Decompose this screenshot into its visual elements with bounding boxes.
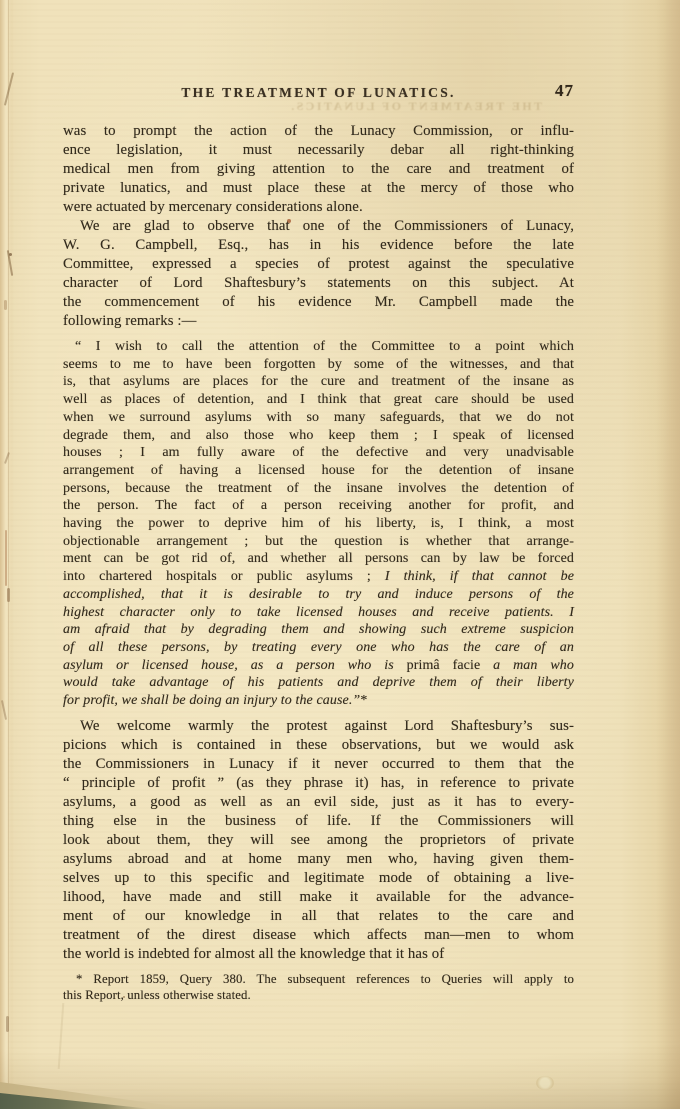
text-line: the world is indebted for almost all the…	[63, 945, 574, 964]
edge-tear	[5, 530, 7, 586]
text-line: accomplished, that it is desirable to tr…	[63, 586, 574, 604]
text-line: following remarks :—	[63, 312, 574, 331]
text-line: We welcome warmly the protest against Lo…	[63, 717, 574, 736]
text-segment: *	[360, 693, 367, 708]
text-line: ence legislation, it must necessarily de…	[63, 141, 574, 160]
page-title: THE TREATMENT OF LUNATICS.	[63, 85, 574, 101]
text-segment: were actuated by mercenary consideration…	[63, 199, 363, 215]
text-segment: We welcome warmly the protest against Lo…	[80, 718, 574, 734]
text-line: am afraid that by degrading them and sho…	[63, 621, 574, 639]
text-segment: houses ; I am fully aware of the defecti…	[63, 445, 574, 460]
text-line: picions which is contained in these obse…	[63, 736, 574, 755]
text-line: thing else in the business of life. If t…	[63, 812, 574, 831]
text-line: private lunatics, and must place these a…	[63, 179, 574, 198]
text-line: would take advantage of his patients and…	[63, 674, 574, 692]
text-line: selves up to this specific and legitimat…	[63, 869, 574, 888]
text-segment: medical men from giving attention to the…	[63, 161, 574, 177]
italic-text-segment: of all these persons, by treating every …	[63, 640, 574, 655]
text-line: look about them, they will see among the…	[63, 831, 574, 850]
text-line: seems to me to have been forgotten by so…	[63, 356, 574, 374]
text-segment: Committee, expressed a species of protes…	[63, 256, 574, 272]
text-line: persons, because the treatment of the in…	[63, 480, 574, 498]
italic-text-segment: accomplished, that it is desirable to tr…	[63, 587, 574, 602]
footnote: * Report 1859, Query 380. The subsequent…	[63, 971, 574, 1004]
text-line: the person. The fact of a person receivi…	[63, 497, 574, 515]
italic-text-segment: for profit, we shall be doing an injury …	[63, 693, 360, 708]
text-segment: the commencement of his evidence Mr. Cam…	[63, 294, 574, 310]
text-segment: the world is indebted for almost all the…	[63, 946, 444, 962]
text-segment: * Report 1859, Query 380. The subsequent…	[76, 972, 574, 986]
text-segment: picions which is contained in these obse…	[63, 737, 574, 753]
book-page: THE TREATMENT OF LUNATICS. THE TREATMENT…	[0, 0, 680, 1109]
text-line: into chartered hospitals or public asylu…	[63, 568, 574, 586]
text-line: the Commissioners in Lunacy if it never …	[63, 755, 574, 774]
text-segment: objectionable arrangement ; but the ques…	[63, 534, 574, 549]
edge-tear	[7, 588, 10, 602]
text-line: asylums, a good as well as an evil side,…	[63, 793, 574, 812]
text-segment: ence legislation, it must necessarily de…	[63, 142, 574, 158]
running-header: THE TREATMENT OF LUNATICS. 47	[63, 85, 574, 107]
text-segment: degrade them, and also those who keep th…	[63, 428, 574, 443]
text-segment: We are glad to observe that one of the C…	[80, 218, 574, 234]
text-line: this Report, unless otherwise stated.	[63, 987, 574, 1004]
page-crease	[58, 1003, 65, 1069]
text-line: highest character only to take licensed …	[63, 604, 574, 622]
page-number: 47	[555, 81, 574, 101]
text-segment: “ principle of profit ” (as they phrase …	[63, 775, 574, 791]
text-segment: having the power to deprive him of his l…	[63, 516, 574, 531]
text-segment: well as places of detention, and I think…	[63, 392, 574, 407]
paper-speck	[9, 253, 12, 256]
text-segment: was to prompt the action of the Lunacy C…	[63, 123, 574, 139]
text-segment: the person. The fact of a person receivi…	[63, 498, 574, 513]
text-segment: asylums, a good as well as an evil side,…	[63, 794, 574, 810]
text-line: * Report 1859, Query 380. The subsequent…	[63, 971, 574, 988]
edge-tear	[6, 1016, 9, 1032]
text-segment: when we surround asylums with so many sa…	[63, 410, 574, 425]
text-segment: this Report, unless otherwise stated.	[63, 988, 251, 1002]
text-body: was to prompt the action of the Lunacy C…	[63, 122, 574, 1004]
text-line: arrangement of having a licensed house f…	[63, 462, 574, 480]
text-line: houses ; I am fully aware of the defecti…	[63, 444, 574, 462]
commentary-paragraph: We welcome warmly the protest against Lo…	[63, 717, 574, 964]
opening-paragraph: was to prompt the action of the Lunacy C…	[63, 122, 574, 217]
text-line: “ principle of profit ” (as they phrase …	[63, 774, 574, 793]
text-line: well as places of detention, and I think…	[63, 391, 574, 409]
text-segment: selves up to this specific and legitimat…	[63, 870, 574, 886]
text-line: character of Lord Shaftesbury’s statemen…	[63, 274, 574, 293]
italic-text-segment: would take advantage of his patients and…	[63, 675, 574, 690]
text-segment: into chartered hospitals or public asylu…	[63, 569, 385, 584]
text-line: We are glad to observe that one of the C…	[63, 217, 574, 236]
text-segment: lihood, have made and still make it avai…	[63, 889, 574, 905]
text-line: asylums abroad and at home many men who,…	[63, 850, 574, 869]
text-line: Committee, expressed a species of protes…	[63, 255, 574, 274]
text-line: degrade them, and also those who keep th…	[63, 427, 574, 445]
text-segment: ment can be got rid of, and whether all …	[63, 551, 574, 566]
text-line: lihood, have made and still make it avai…	[63, 888, 574, 907]
text-line: for profit, we shall be doing an injury …	[63, 692, 574, 710]
text-segment: look about them, they will see among the…	[63, 832, 574, 848]
text-segment: W. G. Campbell, Esq., has in his evidenc…	[63, 237, 574, 253]
text-segment: seems to me to have been forgotten by so…	[63, 357, 574, 372]
text-line: treatment of the direst disease which af…	[63, 926, 574, 945]
text-line: W. G. Campbell, Esq., has in his evidenc…	[63, 236, 574, 255]
text-line: of all these persons, by treating every …	[63, 639, 574, 657]
text-segment: private lunatics, and must place these a…	[63, 180, 574, 196]
page-left-edge-line	[8, 0, 9, 1109]
campbell-quotation: “ I wish to call the attention of the Co…	[63, 338, 574, 710]
italic-text-segment: a man who	[480, 658, 574, 673]
text-segment: character of Lord Shaftesbury’s statemen…	[63, 275, 574, 291]
page-right-edge	[656, 0, 680, 1109]
text-line: having the power to deprive him of his l…	[63, 515, 574, 533]
text-line: objectionable arrangement ; but the ques…	[63, 533, 574, 551]
text-line: ment can be got rid of, and whether all …	[63, 550, 574, 568]
text-segment: thing else in the business of life. If t…	[63, 813, 574, 829]
text-line: when we surround asylums with so many sa…	[63, 409, 574, 427]
italic-text-segment: highest character only to take licensed …	[63, 605, 574, 620]
text-segment: persons, because the treatment of the in…	[63, 481, 574, 496]
text-line: medical men from giving attention to the…	[63, 160, 574, 179]
text-line: is, that asylums are places for the cure…	[63, 373, 574, 391]
text-segment: “ I wish to call the attention of the Co…	[75, 339, 574, 354]
text-segment: primâ facie	[407, 658, 481, 673]
text-line: “ I wish to call the attention of the Co…	[63, 338, 574, 356]
text-line: was to prompt the action of the Lunacy C…	[63, 122, 574, 141]
text-segment: ment of our knowledge in all that relate…	[63, 908, 574, 924]
campbell-paragraph: We are glad to observe that one of the C…	[63, 217, 574, 331]
paper-stain	[536, 1076, 554, 1090]
italic-text-segment: am afraid that by degrading them and sho…	[63, 622, 574, 637]
text-segment: treatment of the direst disease which af…	[63, 927, 574, 943]
text-line: were actuated by mercenary consideration…	[63, 198, 574, 217]
text-line: asylum or licensed house, as a person wh…	[63, 657, 574, 675]
edge-tear	[4, 300, 7, 310]
text-line: ment of our knowledge in all that relate…	[63, 907, 574, 926]
text-segment: is, that asylums are places for the cure…	[63, 374, 574, 389]
text-segment: arrangement of having a licensed house f…	[63, 463, 574, 478]
italic-text-segment: asylum or licensed house, as a person wh…	[63, 658, 407, 673]
text-segment: asylums abroad and at home many men who,…	[63, 851, 574, 867]
italic-text-segment: I think, if that cannot be	[385, 569, 574, 584]
text-line: the commencement of his evidence Mr. Cam…	[63, 293, 574, 312]
text-segment: following remarks :—	[63, 313, 197, 329]
text-segment: the Commissioners in Lunacy if it never …	[63, 756, 574, 772]
